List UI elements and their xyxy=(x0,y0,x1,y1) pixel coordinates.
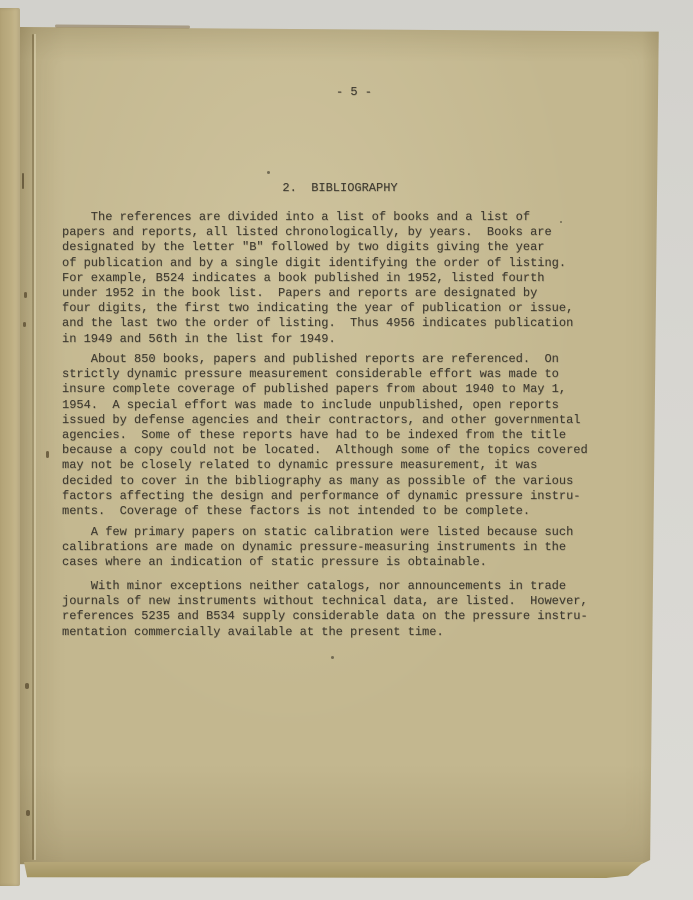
stitch-mark xyxy=(24,292,27,298)
stitch-mark xyxy=(46,451,49,458)
binding-crease-highlight xyxy=(34,34,36,860)
paragraph: About 850 books, papers and published re… xyxy=(62,352,606,519)
book-left-page-edge xyxy=(0,8,20,886)
typewritten-text: - 5 - 2. BIBLIOGRAPHY The references are… xyxy=(62,0,606,900)
stitch-mark xyxy=(26,810,30,816)
stitch-mark xyxy=(25,683,29,689)
stitch-mark xyxy=(22,173,24,189)
stitch-mark xyxy=(23,322,26,327)
scanned-document-photo: - 5 - 2. BIBLIOGRAPHY The references are… xyxy=(0,0,693,900)
page-number: - 5 - xyxy=(82,85,626,100)
paragraph: The references are divided into a list o… xyxy=(62,210,606,347)
paragraph: With minor exceptions neither catalogs, … xyxy=(62,579,606,640)
paragraph: A few primary papers on static calibrati… xyxy=(62,525,606,571)
section-heading: 2. BIBLIOGRAPHY xyxy=(68,181,612,196)
